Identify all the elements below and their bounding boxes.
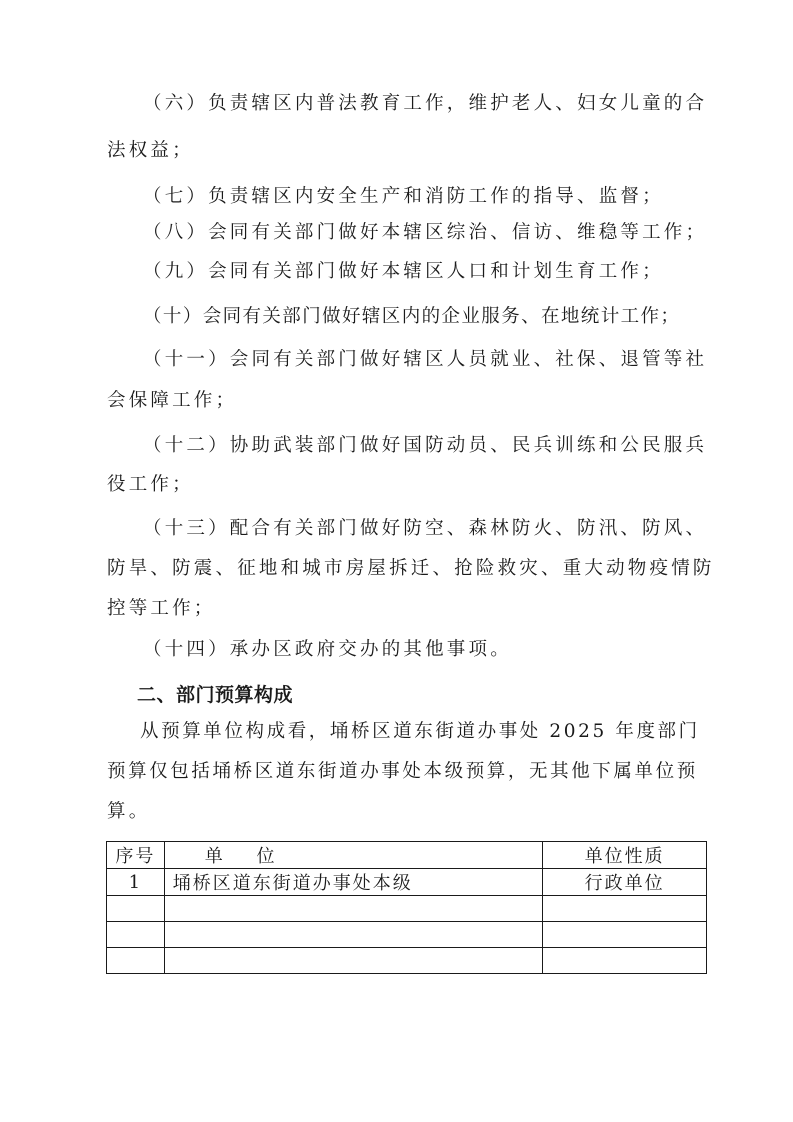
paragraph-line-3: 算。 — [107, 800, 150, 824]
duty-item-11-line-2: 会保障工作； — [107, 389, 237, 413]
cell-index: 1 — [107, 869, 165, 896]
cell-index — [107, 896, 165, 922]
duty-item-9: （九）会同有关部门做好本辖区人口和计划生育工作； — [143, 260, 664, 284]
paragraph-line-2: 预算仅包括埇桥区道东街道办事处本级预算，无其他下属单位预 — [107, 760, 698, 784]
section-heading: 二、部门预算构成 — [137, 680, 293, 707]
document-page: （六）负责辖区内普法教育工作，维护老人、妇女儿童的合 法权益； （七）负责辖区内… — [0, 0, 793, 1122]
duty-item-12-line-1: （十二）协助武装部门做好国防动员、民兵训练和公民服兵 — [143, 434, 707, 458]
duty-item-6-line-2: 法权益； — [107, 139, 194, 163]
table-row — [107, 896, 707, 922]
paragraph-line-1: 从预算单位构成看，埇桥区道东街道办事处 2025 年度部门 — [140, 720, 700, 744]
table-row — [107, 922, 707, 948]
cell-unit — [164, 922, 543, 948]
duty-item-14: （十四）承办区政府交办的其他事项。 — [143, 638, 512, 662]
header-index: 序号 — [107, 842, 165, 869]
table-header-row: 序号 单 位 单位性质 — [107, 842, 707, 869]
duty-item-11-line-1: （十一）会同有关部门做好辖区人员就业、社保、退管等社 — [143, 348, 707, 372]
cell-unit-type — [543, 948, 707, 974]
cell-unit-type — [543, 896, 707, 922]
table-row: 1 埇桥区道东街道办事处本级 行政单位 — [107, 869, 707, 896]
header-unit: 单 位 — [164, 842, 543, 869]
cell-unit — [164, 948, 543, 974]
duty-item-6-line-1: （六）负责辖区内普法教育工作，维护老人、妇女儿童的合 — [143, 92, 707, 116]
table-row — [107, 948, 707, 974]
duty-item-12-line-2: 役工作； — [107, 473, 194, 497]
duty-item-13-line-3: 控等工作； — [107, 597, 216, 621]
budget-unit-table: 序号 单 位 单位性质 1 埇桥区道东街道办事处本级 行政单位 — [106, 841, 707, 974]
duty-item-13-line-2: 防旱、防震、征地和城市房屋拆迁、抢险救灾、重大动物疫情防 — [107, 557, 715, 581]
duty-item-8: （八）会同有关部门做好本辖区综治、信访、维稳等工作； — [143, 221, 707, 245]
cell-index — [107, 922, 165, 948]
duty-item-10: （十）会同有关部门做好辖区内的企业服务、在地统计工作； — [143, 305, 680, 329]
cell-index — [107, 948, 165, 974]
cell-unit-type — [543, 922, 707, 948]
cell-unit: 埇桥区道东街道办事处本级 — [164, 869, 543, 896]
cell-unit — [164, 896, 543, 922]
cell-unit-type: 行政单位 — [543, 869, 707, 896]
duty-item-13-line-1: （十三）配合有关部门做好防空、森林防火、防汛、防风、 — [143, 517, 707, 541]
header-unit-type: 单位性质 — [543, 842, 707, 869]
duty-item-7: （七）负责辖区内安全生产和消防工作的指导、监督； — [143, 185, 664, 209]
